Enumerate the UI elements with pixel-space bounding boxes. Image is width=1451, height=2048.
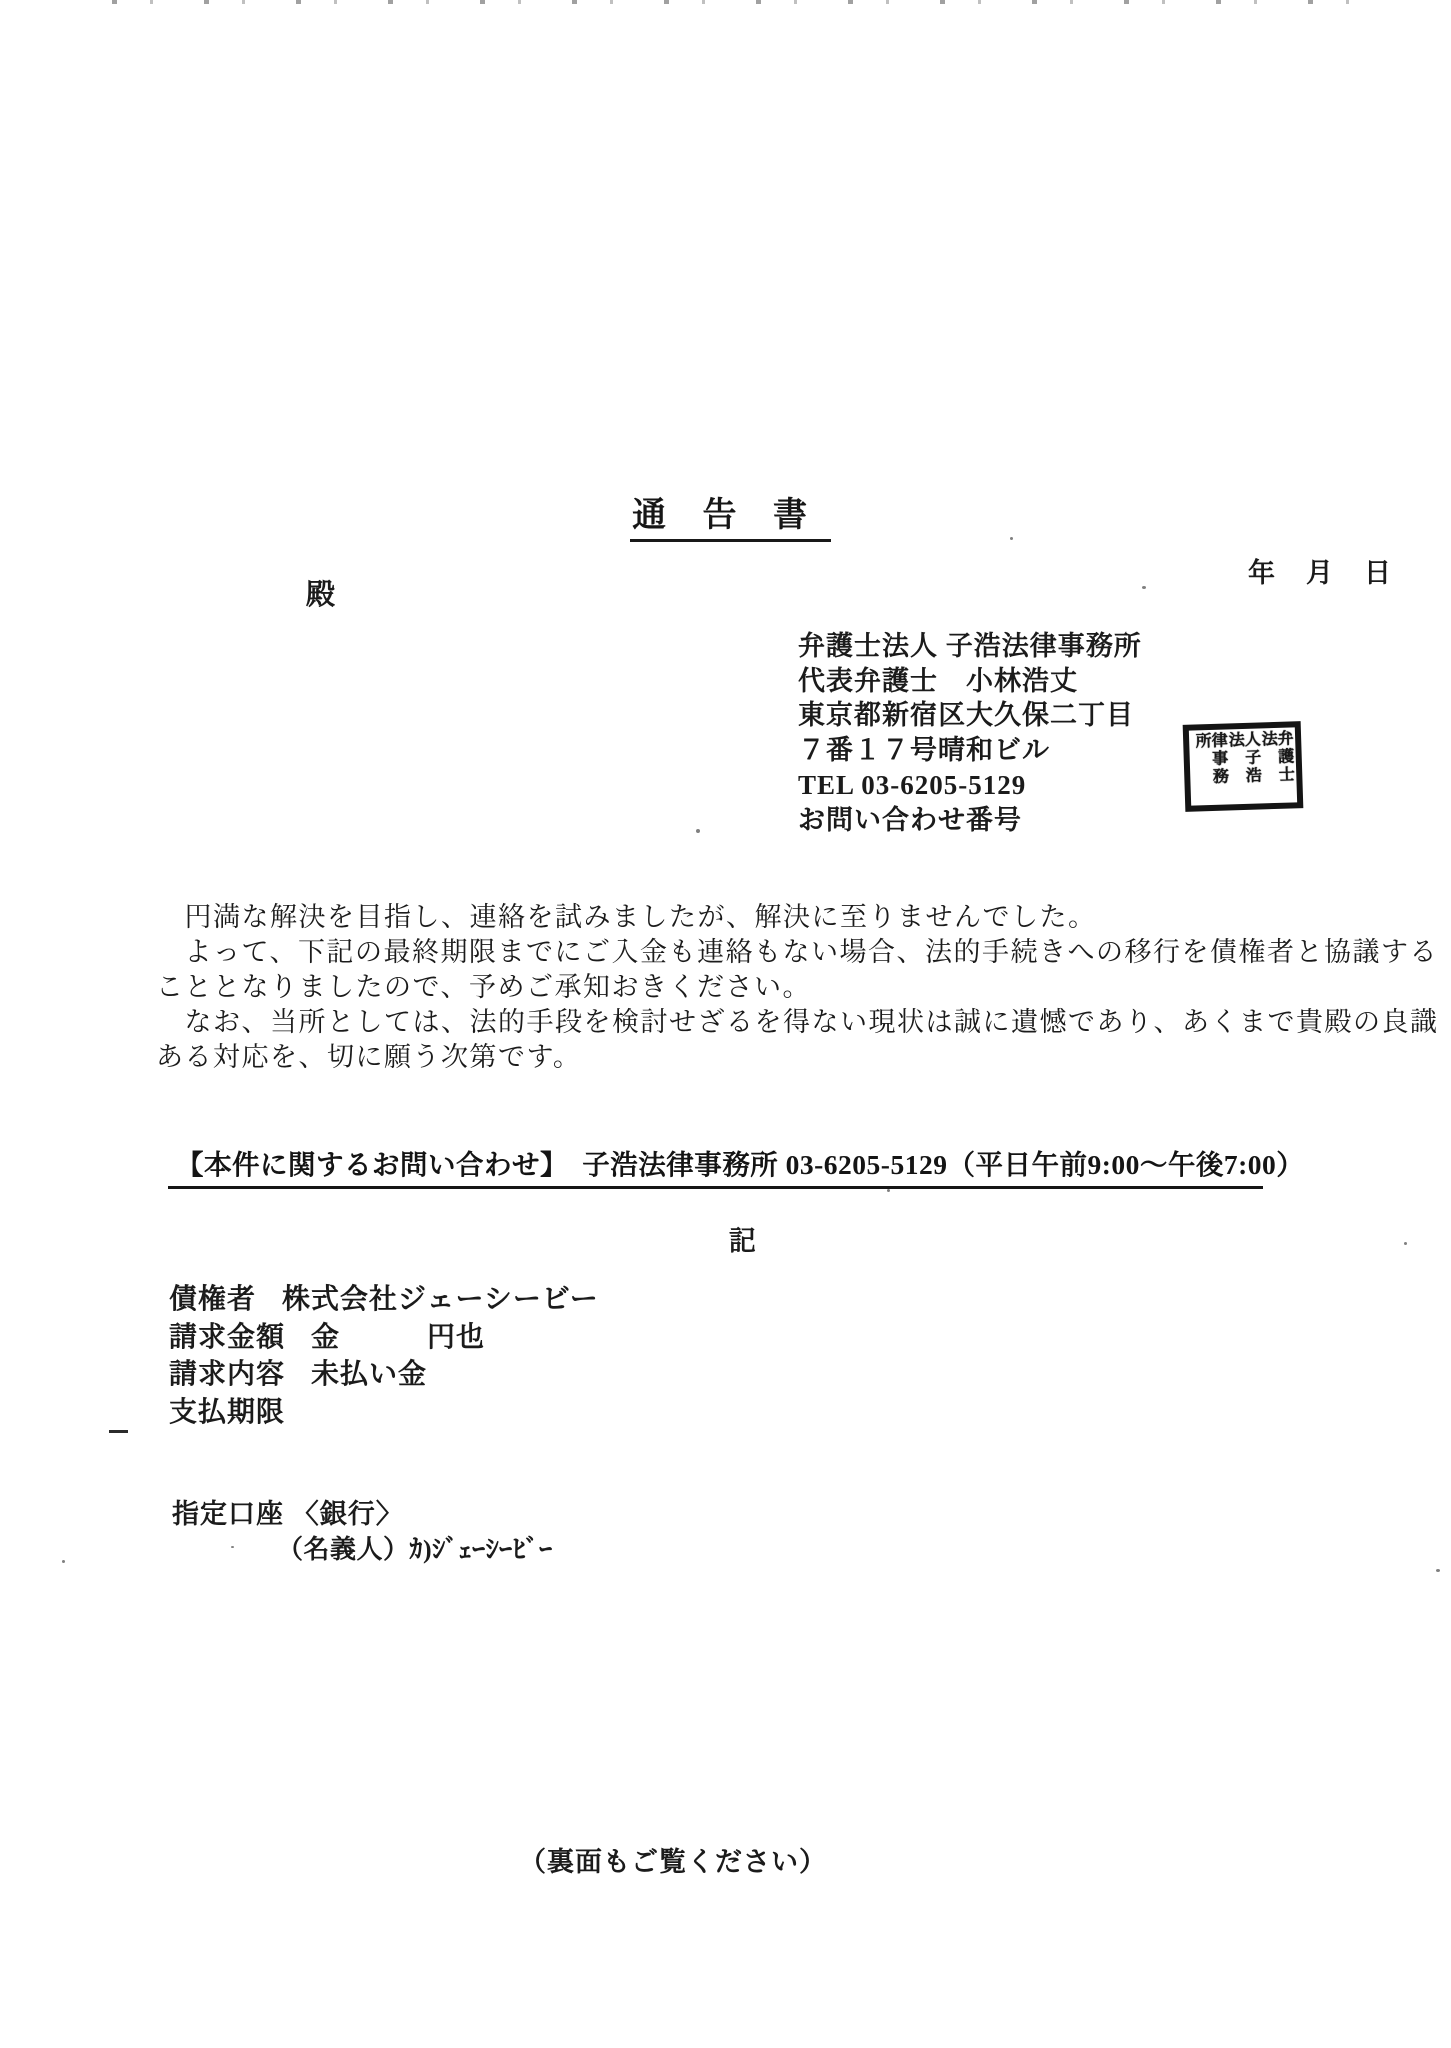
creditor-value: 株式会社ジェーシービー: [282, 1284, 599, 1315]
seal-column-left: 律事務所: [1193, 732, 1227, 804]
payment-deadline-label: 支払期限: [169, 1397, 285, 1428]
claim-content-value: 未払い金: [311, 1359, 427, 1390]
sender-block: 弁護士法人 子浩法律事務所 代表弁護士 小林浩丈 東京都新宿区大久保二丁目 ７番…: [798, 629, 1142, 837]
claim-amount-value: 金 円也: [311, 1322, 485, 1353]
sender-address-line2: ７番１７号晴和ビル: [798, 733, 1142, 768]
scan-speck: [1010, 537, 1013, 540]
creditor-label: 債権者: [169, 1284, 256, 1315]
addressee-honorific: 殿: [306, 572, 335, 613]
back-page-note: （裏面もご覧ください）: [519, 1840, 827, 1879]
scan-speck: [1436, 1569, 1440, 1572]
law-firm-seal: 弁護士法 人子浩法 律事務所: [1183, 721, 1304, 812]
claim-details: 債権者株式会社ジェーシービー 請求金額金 円也 請求内容未払い金 支払期限: [169, 1281, 599, 1431]
notice-title: 通 告 書: [630, 487, 831, 542]
account-holder-line: （名義人）ｶ)ｼﾞｪｰｼｰﾋﾞｰ: [277, 1529, 553, 1566]
claim-amount-label: 請求金額: [169, 1322, 285, 1353]
seal-column-right: 弁護士法: [1259, 729, 1293, 801]
claim-content-label: 請求内容: [169, 1359, 285, 1390]
scan-speck: [696, 829, 700, 833]
body-line: よって、下記の最終期限までにご入金も連絡もない場合、法的手続きへの移行を債権者と…: [156, 935, 1439, 970]
sender-phone: TEL 03-6205-5129: [798, 768, 1142, 803]
date-day-label: 日: [1364, 551, 1391, 590]
scan-speck: [887, 1189, 890, 1192]
detail-row-claim-content: 請求内容未払い金: [169, 1356, 599, 1394]
detail-row-creditor: 債権者株式会社ジェーシービー: [169, 1281, 599, 1319]
sender-inquiry-number-label: お問い合わせ番号: [798, 803, 1142, 838]
scan-speck: [231, 1546, 234, 1548]
body-paragraphs: 円満な解決を目指し、連絡を試みましたが、解決に至りませんでした。 よって、下記の…: [156, 900, 1439, 1075]
scan-speck: [1142, 586, 1146, 589]
scanned-notice-document: 通 告 書 年 月 日 殿 弁護士法人 子浩法律事務所 代表弁護士 小林浩丈 東…: [0, 0, 1451, 2048]
date-placeholder: 年 月 日: [1248, 551, 1391, 590]
detail-row-payment-deadline: 支払期限: [169, 1394, 599, 1432]
scan-speck: [62, 1560, 65, 1563]
sender-address-line1: 東京都新宿区大久保二丁目: [798, 698, 1142, 733]
record-marker: 記: [729, 1219, 756, 1258]
designated-account-line: 指定口座 〈銀行〉: [172, 1492, 404, 1531]
detail-row-claim-amount: 請求金額金 円也: [169, 1319, 599, 1357]
seal-column-middle: 人子浩法: [1226, 731, 1260, 803]
body-line: ある対応を、切に願う次第です。: [156, 1040, 1439, 1075]
margin-dash-mark: [109, 1430, 128, 1433]
date-month-label: 月: [1306, 551, 1333, 590]
sender-representative: 代表弁護士 小林浩丈: [798, 664, 1142, 699]
contact-banner: 【本件に関するお問い合わせ】 子浩法律事務所 03-6205-5129（平日午前…: [168, 1142, 1263, 1189]
sender-firm-name: 弁護士法人 子浩法律事務所: [798, 629, 1142, 664]
scan-artifact-top: [112, 0, 1392, 4]
date-year-label: 年: [1248, 551, 1275, 590]
scan-speck: [1404, 1242, 1407, 1245]
body-line: なお、当所としては、法的手段を検討せざるを得ない現状は誠に遺憾であり、あくまで貴…: [156, 1005, 1439, 1040]
body-line: こととなりましたので、予めご承知おきください。: [156, 970, 1439, 1005]
body-line: 円満な解決を目指し、連絡を試みましたが、解決に至りませんでした。: [156, 900, 1439, 935]
